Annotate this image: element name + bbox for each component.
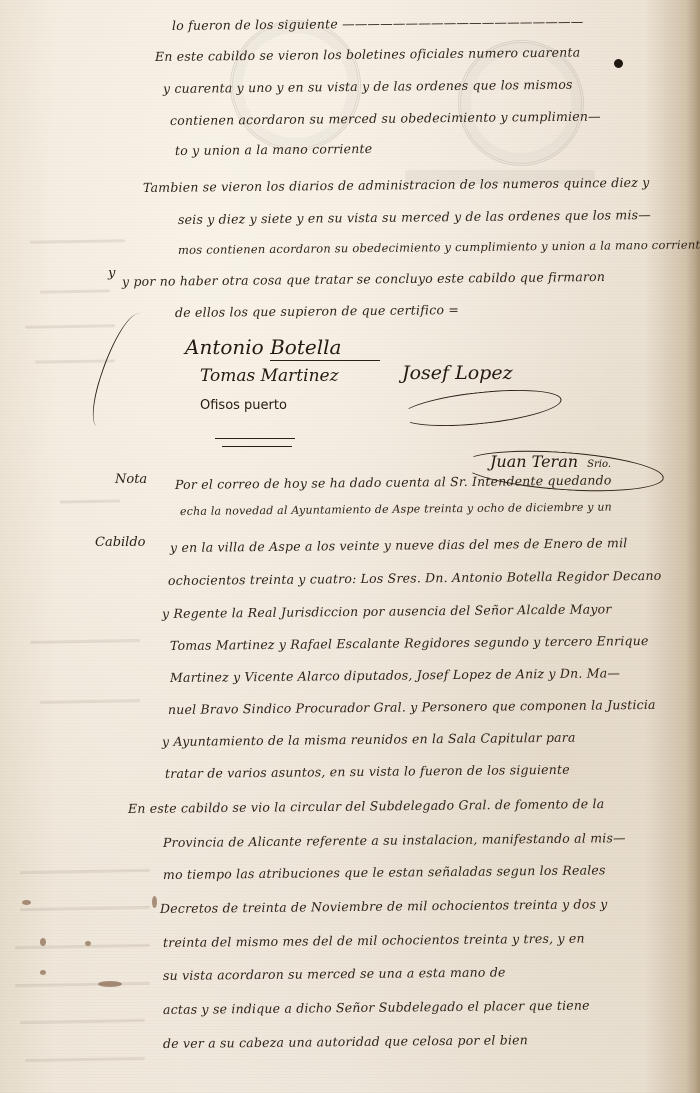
text-line: to y union a la mano corriente	[175, 141, 372, 158]
margin-mark: y	[108, 266, 115, 281]
manuscript-page: lo fueron de los siguiente —————————————…	[0, 0, 700, 1093]
ink-blot	[152, 896, 157, 908]
signature-antonio-botella: Antonio Botella	[185, 335, 341, 359]
text-line: Provincia de Alicante referente a su ins…	[163, 830, 626, 850]
signature-flourish	[215, 438, 295, 439]
page-edge-shadow	[686, 0, 700, 1093]
text-line: y por no haber otra cosa que tratar se c…	[122, 269, 605, 289]
text-line: Tomas Martinez y Rafael Escalante Regido…	[170, 633, 649, 653]
bleed-through-mark	[35, 359, 115, 363]
bleed-through-mark	[40, 699, 140, 704]
text-line: seis y diez y siete y en su vista su mer…	[178, 207, 651, 227]
bleed-through-mark	[20, 869, 150, 874]
text-line: de ver a su cabeza una autoridad que cel…	[163, 1032, 528, 1051]
bleed-through-mark	[60, 499, 120, 503]
text-line: actas y se indique a dicho Señor Subdele…	[163, 998, 590, 1017]
ink-blot	[98, 981, 122, 987]
text-line: Por el correo de hoy se ha dado cuenta a…	[175, 472, 612, 492]
text-line: treinta del mismo mes del de mil ochocie…	[163, 931, 585, 950]
margin-label-cabildo: Cabildo	[95, 535, 145, 550]
text-line: mo tiempo las atribuciones que le estan …	[163, 862, 606, 882]
text-line: ochocientos treinta y cuatro: Los Sres. …	[168, 568, 662, 588]
text-line: de ellos los que supieron de que certifi…	[175, 302, 459, 320]
margin-label-nota: Nota	[115, 472, 147, 487]
ink-dot	[614, 59, 623, 68]
text-line: y en la villa de Aspe a los veinte y nue…	[170, 535, 628, 555]
signature-tomas-martinez: Tomas Martinez	[200, 366, 339, 386]
ink-blot	[40, 938, 46, 946]
signature-rubric	[461, 445, 665, 497]
bleed-through-mark	[15, 982, 150, 987]
bleed-through-mark	[25, 1057, 145, 1062]
text-line: tratar de varios asuntos, en su vista lo…	[165, 762, 570, 781]
signature-rubric	[399, 384, 563, 433]
ink-blot	[85, 941, 91, 946]
text-line: nuel Bravo Sindico Procurador Gral. y Pe…	[168, 697, 656, 717]
text-line: lo fueron de los siguiente —————————————…	[172, 14, 584, 33]
text-line: Tambien se vieron los diarios de adminis…	[143, 175, 650, 195]
bleed-through-mark	[40, 289, 110, 293]
signature-ofisos-puerto: Ofisos puerto	[200, 398, 287, 413]
text-line: su vista acordaron su merced se una a es…	[163, 964, 506, 983]
text-line: mos contienen acordaron su obedecimiento…	[178, 237, 700, 257]
ink-blot	[22, 900, 31, 905]
bleed-through-mark	[15, 944, 150, 949]
bleed-through-mark	[30, 639, 140, 644]
signature-flourish	[222, 446, 292, 447]
bleed-through-mark	[30, 239, 125, 244]
text-line: Decretos de treinta de Noviembre de mil …	[160, 896, 608, 916]
bleed-through-mark	[20, 1019, 145, 1024]
bleed-through-mark	[25, 324, 115, 329]
ink-blot	[40, 970, 46, 975]
signature-josef-lopez: Josef Lopez	[402, 362, 513, 384]
bleed-through-mark	[20, 906, 150, 911]
text-line: En este cabildo se vio la circular del S…	[128, 796, 605, 816]
text-line: Martinez y Vicente Alarco diputados, Jos…	[170, 665, 620, 685]
signature-underline	[270, 360, 380, 361]
text-line: y Ayuntamiento de la misma reunidos en l…	[162, 730, 576, 749]
text-line: y Regente la Real Jurisdiccion por ausen…	[162, 601, 612, 621]
text-line: echa la novedad al Ayuntamiento de Aspe …	[180, 500, 612, 518]
